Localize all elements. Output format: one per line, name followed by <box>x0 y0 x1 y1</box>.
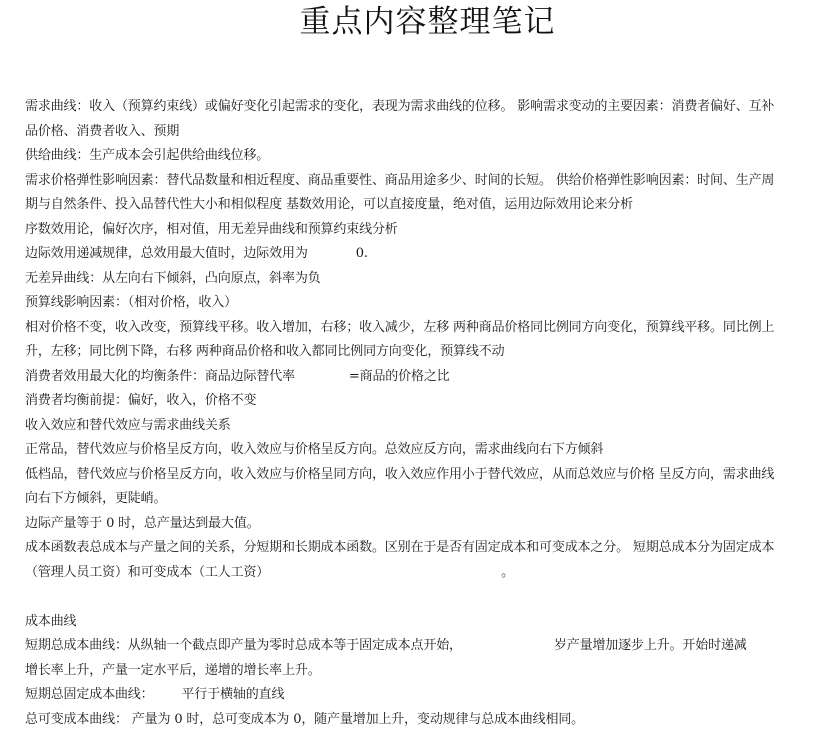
line-text: 正常品，替代效应与价格呈反方向，收入效应与价格呈反方向。总效应反方向，需求曲线向… <box>25 442 603 457</box>
line-text: 升，左移；同比例下降，右移 两种商品价格和收入都同比例同方向变化，预算线不动 <box>25 344 504 359</box>
text-line: 收入效应和替代效应与需求曲线关系 <box>25 414 833 439</box>
text-line: 需求价格弹性影响因素：替代品数量和相近程度、商品重要性、商品用途多少、时间的长短… <box>25 169 833 194</box>
line-text: 消费者效用最大化的均衡条件：商品边际替代率 <box>25 369 295 384</box>
blank-line <box>25 585 833 610</box>
line-text: 需求曲线：收入（预算约束线）或偏好变化引起需求的变化，表现为需求曲线的位移。 影… <box>25 99 774 114</box>
line-text: 供给曲线：生产成本会引起供给曲线位移。 <box>25 148 269 163</box>
text-line: 升，左移；同比例下降，右移 两种商品价格和收入都同比例同方向变化，预算线不动 <box>25 340 833 365</box>
line-tail: 岁产量增加逐步上升。开始时递减 <box>554 638 747 653</box>
line-text: 增长率上升，产量一定水平后，递增的增长率上升。 <box>25 663 321 678</box>
text-line: 供给曲线：生产成本会引起供给曲线位移。 <box>25 144 833 169</box>
text-line: 增长率上升，产量一定水平后，递增的增长率上升。 <box>25 659 833 684</box>
text-line: 无差异曲线：从左向右下倾斜，凸向原点，斜率为负 <box>25 267 833 292</box>
text-line: 成本函数表总成本与产量之间的关系，分短期和长期成本函数。区别在于是否有固定成本和… <box>25 536 833 561</box>
text-line: （管理人员工资）和可变成本（工人工资）。 <box>25 561 833 586</box>
text-line: 边际产量等于 0 时，总产量达到最大值。 <box>25 512 833 537</box>
line-text: 边际产量等于 0 时，总产量达到最大值。 <box>25 516 260 531</box>
line-text: 消费者均衡前提：偏好，收入，价格不变 <box>25 393 256 408</box>
text-line: 品价格、消费者收入、预期 <box>25 120 833 145</box>
text-line: 边际效用递减规律，总效用最大值时，边际效用为0. <box>25 242 833 267</box>
line-text: 品价格、消费者收入、预期 <box>25 124 179 139</box>
text-line: 相对价格不变，收入改变，预算线平移。收入增加，右移；收入减少，左移 两种商品价格… <box>25 316 833 341</box>
text-line: 需求曲线：收入（预算约束线）或偏好变化引起需求的变化，表现为需求曲线的位移。 影… <box>25 95 833 120</box>
line-text: 低档品，替代效应与价格呈反方向，收入效应与价格呈同方向，收入效应作用小于替代效应… <box>25 467 774 482</box>
line-text: 短期总固定成本曲线： <box>25 687 154 702</box>
line-text: 向右下方倾斜，更陡峭。 <box>25 491 166 506</box>
line-text: 短期总成本曲线：从纵轴一个截点即产量为零时总成本等于固定成本点开始， <box>25 638 462 653</box>
document-title: 重点内容整理笔记 <box>0 2 837 42</box>
line-tail: =商品的价格之比 <box>349 369 450 384</box>
line-text: 无差异曲线：从左向右下倾斜，凸向原点，斜率为负 <box>25 271 321 286</box>
line-tail: 0. <box>356 246 368 261</box>
text-line: 序数效用论，偏好次序，相对值，用无差异曲线和预算约束线分析 <box>25 218 833 243</box>
text-line: 总可变成本曲线： 产量为 0 时，总可变成本为 0，随产量增加上升，变动规律与总… <box>25 708 833 733</box>
text-line: 向右下方倾斜，更陡峭。 <box>25 487 833 512</box>
line-text: 成本曲线 <box>25 614 76 629</box>
line-text: 序数效用论，偏好次序，相对值，用无差异曲线和预算约束线分析 <box>25 222 398 237</box>
line-tail: 平行于横轴的直线 <box>182 687 285 702</box>
document-body: 需求曲线：收入（预算约束线）或偏好变化引起需求的变化，表现为需求曲线的位移。 影… <box>25 95 833 732</box>
text-line: 消费者均衡前提：偏好，收入，价格不变 <box>25 389 833 414</box>
line-text: 成本函数表总成本与产量之间的关系，分短期和长期成本函数。区别在于是否有固定成本和… <box>25 540 774 555</box>
section-heading: 成本曲线 <box>25 610 833 635</box>
text-line: 正常品，替代效应与价格呈反方向，收入效应与价格呈反方向。总效应反方向，需求曲线向… <box>25 438 833 463</box>
text-line: 低档品，替代效应与价格呈反方向，收入效应与价格呈同方向，收入效应作用小于替代效应… <box>25 463 833 488</box>
text-line: 短期总成本曲线：从纵轴一个截点即产量为零时总成本等于固定成本点开始，岁产量增加逐… <box>25 634 833 659</box>
line-text: （管理人员工资）和可变成本（工人工资） <box>25 565 269 580</box>
line-text: 收入效应和替代效应与需求曲线关系 <box>25 418 231 433</box>
line-text: 预算线影响因素：（相对价格，收入） <box>25 295 237 310</box>
line-tail: 。 <box>501 565 514 580</box>
text-line: 短期总固定成本曲线：平行于横轴的直线 <box>25 683 833 708</box>
line-text: 相对价格不变，收入改变，预算线平移。收入增加，右移；收入减少，左移 两种商品价格… <box>25 320 774 335</box>
line-text: 期与自然条件、投入品替代性大小和相似程度 基数效用论，可以直接度量，绝对值，运用… <box>25 197 633 212</box>
line-text: 边际效用递减规律，总效用最大值时，边际效用为 <box>25 246 308 261</box>
text-line: 预算线影响因素：（相对价格，收入） <box>25 291 833 316</box>
line-text: 总可变成本曲线： 产量为 0 时，总可变成本为 0，随产量增加上升，变动规律与总… <box>25 712 584 727</box>
text-line: 期与自然条件、投入品替代性大小和相似程度 基数效用论，可以直接度量，绝对值，运用… <box>25 193 833 218</box>
line-text: 需求价格弹性影响因素：替代品数量和相近程度、商品重要性、商品用途多少、时间的长短… <box>25 173 774 188</box>
text-line: 消费者效用最大化的均衡条件：商品边际替代率=商品的价格之比 <box>25 365 833 390</box>
